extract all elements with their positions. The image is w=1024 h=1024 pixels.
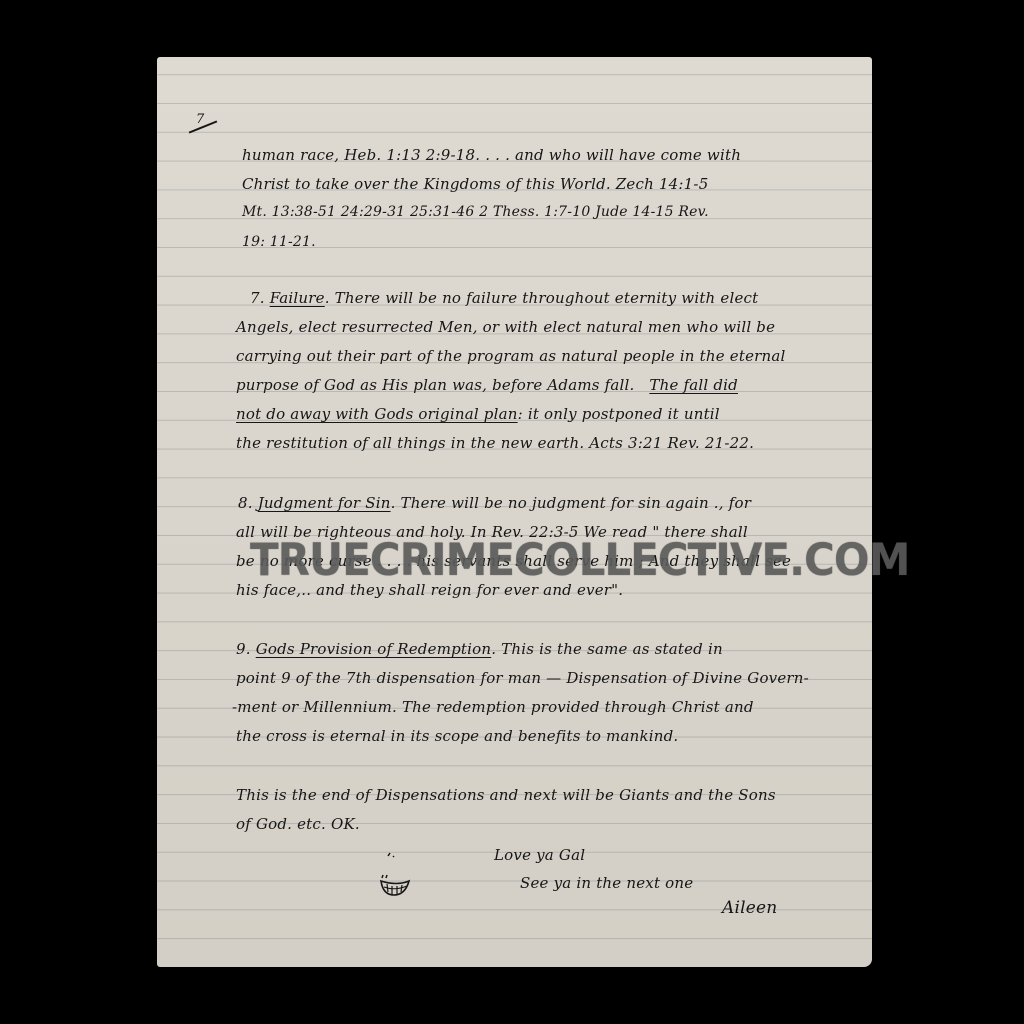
section-7-line-4: purpose of God as His plan was, before A… <box>236 376 634 394</box>
intro-line-1: human race, Heb. 1:13 2:9-18. . . . and … <box>242 146 741 164</box>
section-9-line-1: . This is the same as stated in <box>491 640 723 658</box>
section-8-number: 8. <box>238 494 253 512</box>
section-7-line-4-wrap: purpose of God as His plan was, before A… <box>236 376 738 394</box>
intro-line-4: 19: 11-21. <box>242 234 316 250</box>
section-7-line-1: . There will be no failure throughout et… <box>325 289 759 307</box>
section-7-line-3: carrying out their part of the program a… <box>236 347 786 365</box>
signoff-see-ya: See ya in the next one <box>520 874 693 892</box>
section-8-title: Judgment for Sin <box>258 494 391 512</box>
section-8-heading-line: 8. Judgment for Sin. There will be no ju… <box>238 494 751 512</box>
closing-line-2: of God. etc. OK. <box>236 815 360 833</box>
section-9-title: Gods Provision of Redemption <box>256 640 492 658</box>
signoff-love: Love ya Gal <box>494 846 585 864</box>
intro-line-3: Mt. 13:38-51 24:29-31 25:31-46 2 Thess. … <box>242 204 709 220</box>
section-9-line-2: point 9 of the 7th dispensation for man … <box>236 669 809 687</box>
intro-line-2: Christ to take over the Kingdoms of this… <box>242 175 708 193</box>
section-9-heading-line: 9. Gods Provision of Redemption. This is… <box>236 640 723 658</box>
section-7-line-5-wrap: not do away with Gods original plan: it … <box>236 405 720 423</box>
section-9-line-4: the cross is eternal in its scope and be… <box>236 727 678 745</box>
section-7-line-6: the restitution of all things in the new… <box>236 434 754 452</box>
section-7-line-2: Angels, elect resurrected Men, or with e… <box>236 318 775 336</box>
section-9-line-3: -ment or Millennium. The redemption prov… <box>232 698 754 716</box>
section-7-title: Failure <box>270 289 325 307</box>
section-7-line-5: : it only postponed it until <box>518 405 720 423</box>
section-7-number: 7. <box>250 289 265 307</box>
grinning-face-doodle-icon <box>375 848 415 908</box>
closing-line-1: This is the end of Dispensations and nex… <box>236 786 776 804</box>
section-9-number: 9. <box>236 640 251 658</box>
section-7-heading-line: 7. Failure. There will be no failure thr… <box>250 289 758 307</box>
watermark: TRUECRIMECOLLECTIVE.COM <box>250 534 795 587</box>
signature: Aileen <box>722 898 777 918</box>
section-8-line-1: . There will be no judgment for sin agai… <box>391 494 752 512</box>
section-7-emphasis-end: not do away with Gods original plan <box>236 405 518 423</box>
section-7-emphasis-start: The fall did <box>649 376 738 394</box>
